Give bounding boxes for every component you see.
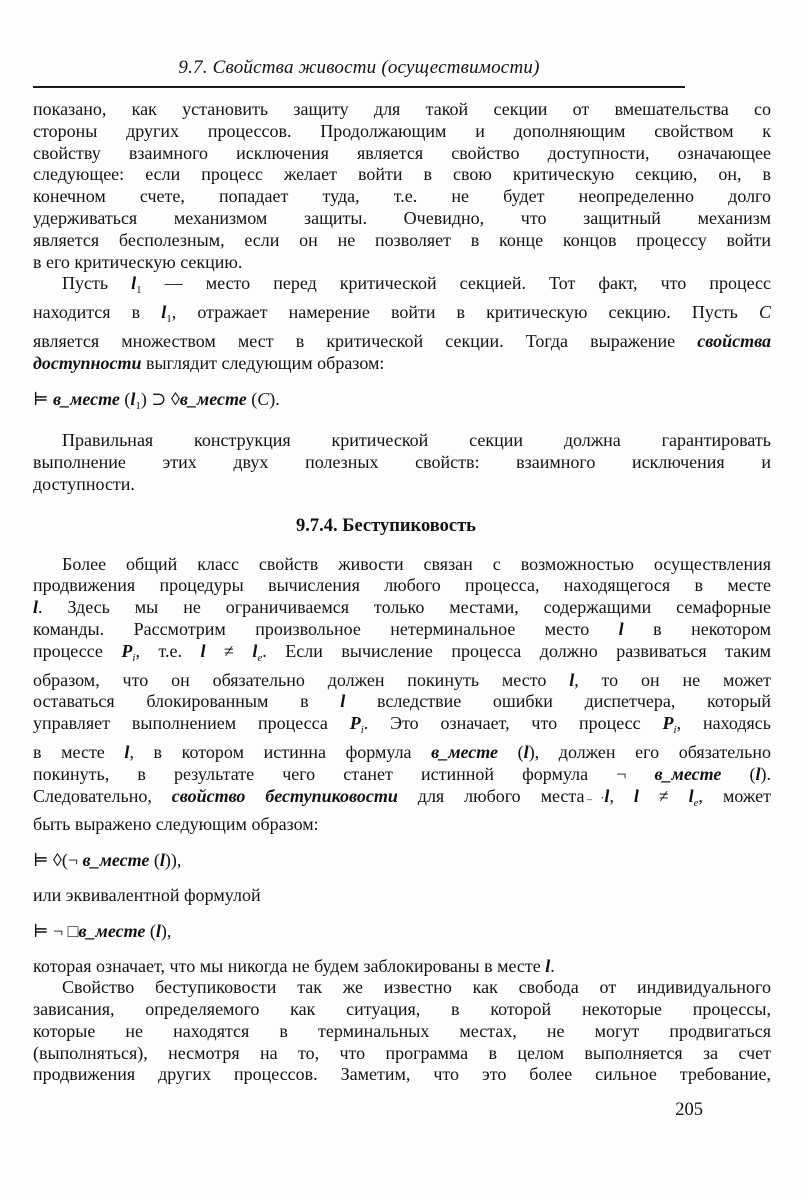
text-line: или эквивалентной формулой (33, 885, 771, 907)
text-line: следующее: если процесс желает войти в с… (33, 164, 771, 186)
text-segment: ≠ (639, 786, 689, 806)
text-segment: Пусть (62, 273, 131, 293)
text-segment: которые не находятся в терминальных мест… (33, 1021, 771, 1041)
text-segment: Правильная конструкция критической секци… (62, 430, 771, 450)
paragraph: которая означает, что мы никогда не буде… (33, 956, 771, 978)
text-segment: C (257, 389, 269, 409)
text-segment: , находясь (677, 713, 771, 733)
paragraph: Более общий класс свойств живости связан… (33, 554, 771, 837)
text-line: показано, как установить защиту для тако… (33, 99, 771, 121)
text-segment: ⊨ ◊(¬ (33, 850, 83, 870)
text-segment: ⊨ (33, 389, 53, 409)
text-segment: следующее: если процесс желает войти в с… (33, 164, 771, 184)
text-line: Свойство беступиковости так же известно … (33, 977, 771, 999)
text-segment: выглядит следующим образом: (141, 353, 384, 373)
text-segment: , (609, 786, 633, 806)
text-segment: Более общий класс свойств живости связан… (62, 554, 771, 574)
text-segment: вследствие ошибки диспетчера, который (345, 691, 771, 711)
text-segment: конечном счете, попадает туда, т.е. не б… (33, 186, 771, 206)
text-segment: или эквивалентной формулой (33, 885, 261, 905)
paragraph: Пусть l1 — место перед критической секци… (33, 273, 771, 374)
text-segment: в месте (33, 742, 124, 762)
text-segment: находится в (33, 302, 161, 322)
text-line: в его критическую секцию. (33, 252, 771, 274)
text-segment: стороны других процессов. Продолжающим и… (33, 121, 771, 141)
text-segment: . Если вычисление процесса должно развив… (262, 641, 771, 661)
text-line: управляет выполнением процесса Pi. Это о… (33, 713, 771, 742)
text-segment: в некотором (624, 619, 771, 639)
book-page: 9.7. Свойства живости (осуществимости) п… (0, 0, 806, 1121)
text-segment: ( (145, 921, 156, 941)
text-segment: ( (721, 764, 755, 784)
text-line: процессе Pi, т.е. l ≠ le. Если вычислени… (33, 641, 771, 670)
text-segment: свойство беступиковости (172, 786, 398, 806)
text-line: является множеством мест в критической с… (33, 331, 771, 353)
text-line: Правильная конструкция критической секци… (33, 430, 771, 452)
text-segment: для любого места (398, 786, 605, 806)
text-segment: образом, что он обязательно должен покин… (33, 670, 569, 690)
text-segment: , может (699, 786, 771, 806)
text-segment: в_месте (53, 389, 120, 409)
text-line: команды. Рассмотрим произвольное нетерми… (33, 619, 771, 641)
text-segment: )), (165, 850, 182, 870)
scan-artifact: ₋ · (586, 790, 606, 806)
text-segment: C (759, 302, 771, 322)
text-segment: ), (161, 921, 172, 941)
text-segment: оставаться блокированным в (33, 691, 340, 711)
text-line: Следовательно, свойство беступиковости д… (33, 786, 771, 815)
text-segment: — место перед критической секцией. Тот ф… (142, 273, 771, 293)
text-line: продвижения других процессов. Заметим, ч… (33, 1064, 771, 1086)
paragraph: или эквивалентной формулой (33, 885, 771, 907)
text-segment: . Это означает, что процесс (364, 713, 663, 733)
paragraph: показано, как установить защиту для тако… (33, 99, 771, 273)
text-segment: выполнение этих двух полезных свойств: в… (33, 452, 771, 472)
text-line: образом, что он обязательно должен покин… (33, 670, 771, 692)
text-segment: доступности. (33, 474, 135, 494)
text-segment: является бесполезным, если он не позволя… (33, 230, 771, 250)
text-segment: ( (247, 389, 258, 409)
paragraph: Свойство беступиковости так же известно … (33, 977, 771, 1086)
text-line: l. Здесь мы не ограничиваемся только мес… (33, 597, 771, 619)
text-segment: . Здесь мы не ограничиваемся только мест… (38, 597, 771, 617)
text-segment: Следовательно, (33, 786, 172, 806)
text-segment: P (350, 713, 361, 733)
text-line: оставаться блокированным в l вследствие … (33, 691, 771, 713)
text-segment: ( (149, 850, 160, 870)
text-segment: . (550, 956, 555, 976)
text-line: которые не находятся в терминальных мест… (33, 1021, 771, 1043)
text-segment: , в котором истинна формула (129, 742, 431, 762)
text-segment: зависания, определяемого как ситуация, в… (33, 999, 771, 1019)
text-segment: команды. Рассмотрим произвольное нетерми… (33, 619, 619, 639)
text-segment: ) ⊃ ◊ (141, 389, 180, 409)
text-segment: доступности (33, 353, 141, 373)
text-segment: покинуть, в результате чего станет истин… (33, 764, 654, 784)
text-segment: в_месте (654, 764, 721, 784)
text-segment: процессе (33, 641, 121, 661)
text-segment: в его критическую секцию. (33, 252, 242, 272)
text-line: (выполняться), несмотря на то, что прогр… (33, 1043, 771, 1065)
running-header: 9.7. Свойства живости (осуществимости) (33, 57, 685, 88)
text-line: которая означает, что мы никогда не буде… (33, 956, 771, 978)
text-segment: P (121, 641, 132, 661)
text-line: конечном счете, попадает туда, т.е. не б… (33, 186, 771, 208)
text-segment: в_месте (83, 850, 150, 870)
text-segment: ( (120, 389, 131, 409)
text-line: находится в l1, отражает намерение войти… (33, 302, 771, 331)
formula-line: ⊨ ◊(¬ в_месте (l)), (33, 850, 771, 872)
formula-line: ⊨ ¬ □в_месте (l), (33, 921, 771, 943)
text-line: выполнение этих двух полезных свойств: в… (33, 452, 771, 474)
text-line: удерживаться механизмом защиты. Очевидно… (33, 208, 771, 230)
text-segment: Свойство беступиковости так же известно … (62, 977, 771, 997)
text-segment: ). (761, 764, 772, 784)
text-line: стороны других процессов. Продолжающим и… (33, 121, 771, 143)
text-line: зависания, определяемого как ситуация, в… (33, 999, 771, 1021)
text-line: в месте l, в котором истинна формула в_м… (33, 742, 771, 764)
text-segment: продвижения процедуры вычисления любого … (33, 575, 771, 595)
formula-line: ⊨ в_месте (l1) ⊃ ◊в_месте (C). (33, 389, 771, 418)
text-segment: в_месте (79, 921, 146, 941)
text-segment: продвижения других процессов. Заметим, ч… (33, 1064, 771, 1084)
text-line: Пусть l1 — место перед критической секци… (33, 273, 771, 302)
text-line: покинуть, в результате чего станет истин… (33, 764, 771, 786)
text-segment: быть выражено следующим образом: (33, 814, 319, 834)
text-segment: , т.е. (135, 641, 200, 661)
text-segment: , то он не может (574, 670, 771, 690)
text-segment: ≠ (206, 641, 253, 661)
text-segment: ), должен его обязательно (529, 742, 771, 762)
text-segment: ). (269, 389, 280, 409)
text-segment: является множеством мест в критической с… (33, 331, 697, 351)
text-line: доступности. (33, 474, 771, 496)
text-segment: , отражает намерение войти в критическую… (172, 302, 759, 322)
text-line: доступности выглядит следующим образом: (33, 353, 771, 375)
text-segment: (выполняться), несмотря на то, что прогр… (33, 1043, 771, 1063)
section-heading: 9.7.4. Беступиковость (33, 516, 739, 538)
text-segment: ⊨ ¬ □ (33, 921, 79, 941)
page-number: 205 (33, 1100, 771, 1121)
paragraph: Правильная конструкция критической секци… (33, 430, 771, 495)
text-line: является бесполезным, если он не позволя… (33, 230, 771, 252)
text-line: быть выражено следующим образом: (33, 814, 771, 836)
text-segment: P (663, 713, 674, 733)
text-line: Более общий класс свойств живости связан… (33, 554, 771, 576)
text-segment: которая означает, что мы никогда не буде… (33, 956, 545, 976)
text-segment: удерживаться механизмом защиты. Очевидно… (33, 208, 771, 228)
page-body: показано, как установить защиту для тако… (33, 88, 771, 1086)
text-segment: свойства (697, 331, 771, 351)
text-segment: показано, как установить защиту для тако… (33, 99, 771, 119)
text-line: свойству взаимного исключения является с… (33, 143, 771, 165)
text-segment: в_месте (180, 389, 247, 409)
text-line: продвижения процедуры вычисления любого … (33, 575, 771, 597)
text-segment: ( (498, 742, 524, 762)
text-segment: управляет выполнением процесса (33, 713, 350, 733)
text-segment: свойству взаимного исключения является с… (33, 143, 771, 163)
text-segment: в_месте (431, 742, 498, 762)
